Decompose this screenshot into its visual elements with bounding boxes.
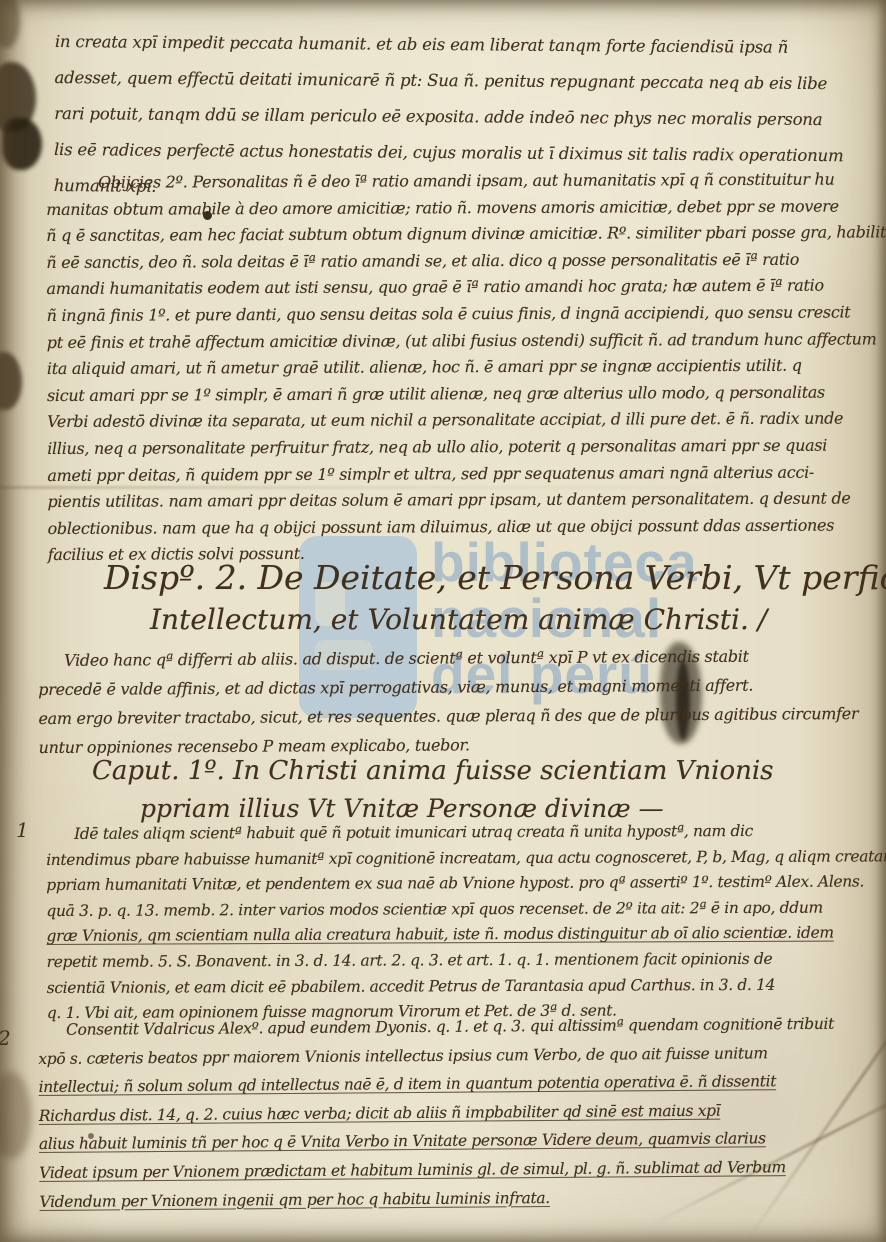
ink-stain [0,352,22,410]
heading-disputatio-2: Dispº. 2. De Deitate, et Persona Verbi, … [104,556,886,640]
ink-stain [2,118,42,170]
manuscript-line: Verbi adestō divinæ ita separata, ut eum… [47,406,873,436]
manuscript-line: intendimus pbare habuisse humanitª xpī c… [46,844,876,873]
manuscript-page: bibliotecanacionaldel perú in creata xpī… [0,0,886,1242]
heading-caput-1: Caput. 1º. In Christi anima fuisse scien… [92,752,774,828]
manuscript-line: manitas obtum amabile à deo amore amicit… [46,193,872,223]
manuscript-line: Obijcies 2º. Personalitas ñ ē deo īª rat… [46,166,872,196]
manuscript-line: pt eē finis et trahē affectum amicitiæ d… [47,326,873,356]
manuscript-line: ppriam humanitati Vnitæ, et pendentem ex… [46,870,876,899]
paragraph-section-1: Idē tales aliqm scientª habuit quē ñ pot… [46,818,877,1026]
margin-number-1: 1 [16,818,29,842]
manuscript-line: ñ ingnā finis 1º. et pure danti, quo sen… [47,299,873,329]
manuscript-line: illius, neq a personalitate perfruitur f… [47,432,873,462]
heading-line: Caput. 1º. In Christi anima fuisse scien… [92,752,774,790]
manuscript-line: græ Vnionis, qm scientiam nulla alia cre… [46,921,876,950]
manuscript-line: ameti ppr deitas, ñ quidem ppr se 1º sim… [47,459,873,489]
manuscript-line: ñ eē sanctis, deo ñ. sola deitas ē īª ra… [46,246,872,276]
manuscript-line: scientiā Vnionis, et eam dicit eē pbabil… [47,972,877,1001]
manuscript-line: pientis utilitas. nam amari ppr deitas s… [47,486,873,516]
ink-stain [0,1072,32,1158]
paragraph-section-2: Consentit Vdalricus Alexº. apud eundem D… [38,1009,880,1216]
manuscript-line: repetit memb. 5. S. Bonavent. in 3. d. 1… [47,946,877,975]
manuscript-line: eam ergo breviter tractabo, sicut, et re… [38,699,874,733]
ink-stain [0,0,20,48]
manuscript-line: amandi humanitatis eodem aut isti sensu,… [46,273,872,303]
manuscript-line: quā 3. p. q. 13. memb. 2. inter varios m… [46,895,876,924]
manuscript-line: sicut amari ppr se 1º simplr, ē amari ñ … [47,379,873,409]
paragraph-obijcies: Obijcies 2º. Personalitas ñ ē deo īª rat… [46,166,874,569]
margin-number-2: 2 [0,1026,11,1050]
manuscript-line: ita aliquid amari, ut ñ ametur graē util… [47,353,873,383]
manuscript-line: Idē tales aliqm scientª habuit quē ñ pot… [46,818,876,847]
heading-line: Dispº. 2. De Deitate, et Persona Verbi, … [104,556,886,600]
manuscript-line: ñ q ē sanctitas, eam hec faciat subtum o… [46,220,872,250]
heading-line: Intellectum, et Voluntatem animæ Christi… [104,600,886,640]
manuscript-line: Videndum per Vnionem ingenii qm per hoc … [39,1181,879,1216]
manuscript-line: oblectionibus. nam que ha q obijci possu… [48,512,874,542]
paragraph-video-hanc: Video hanc qª differri ab aliis. ad disp… [38,641,875,762]
